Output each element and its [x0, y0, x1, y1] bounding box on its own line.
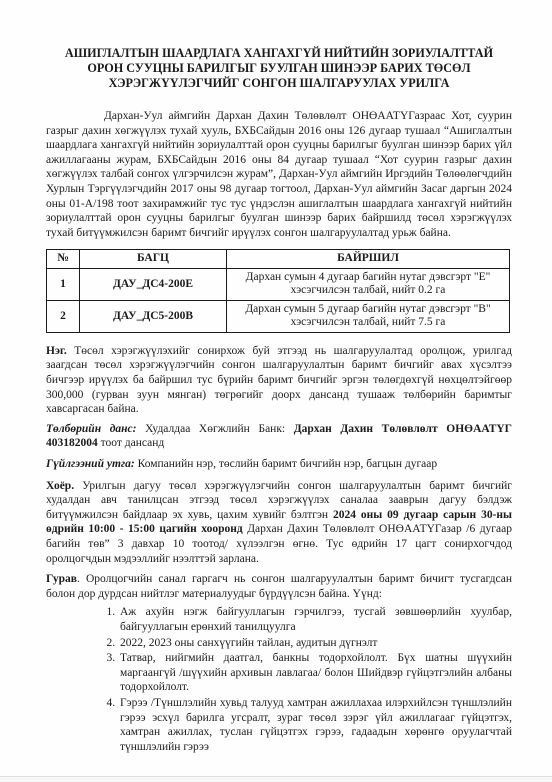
section-one-text: Төсөл хэрэгжүүлэхийг сонирхож буй этгээд…: [46, 345, 512, 415]
intro-paragraph: Дархан-Уул аймгийн Дархан Дахин Төлөвлөл…: [46, 109, 512, 240]
row-2-package: ДАУ_ДС5-200В: [80, 300, 227, 332]
table-header-row: № БАГЦ БАЙРШИЛ: [47, 250, 510, 269]
page-bottom-edge: [0, 776, 552, 782]
payment-label: Төлбөрийн данс:: [46, 423, 137, 435]
section-two-paragraph: Хоёр. Урилгын дагуу төсөл хэрэгжүүлэгчий…: [46, 479, 512, 567]
title-line-2: ОРОН СУУЦНЫ БАРИЛГЫГ БУУЛГАН ШИНЭЭР БАРИ…: [56, 61, 502, 76]
payment-bank: Худалдаа Хөгжлийн Банк:: [145, 423, 285, 435]
row-1-location: Дархан сумын 4 дугаар багийн нутаг дэвсг…: [227, 268, 510, 300]
payment-suffix: тоот дансанд: [101, 437, 165, 449]
row-1-num: 1: [47, 268, 80, 300]
row-2-location: Дархан сумын 5 дугаар багийн нутаг дэвсг…: [227, 300, 510, 332]
payment-account-line: Төлбөрийн данс: Худалдаа Хөгжлийн Банк: …: [46, 422, 512, 451]
requirement-item: Татвар, нийгмийн даатгал, банкны тодорхо…: [118, 651, 512, 695]
title-line-3: ХЭРЭГЖҮҮЛЭГЧИЙГ СОНГОН ШАЛГАРУУЛАХ УРИЛГ…: [56, 76, 502, 91]
section-one-paragraph: Нэг. Төсөл хэрэгжүүлэхийг сонирхож буй э…: [46, 344, 512, 417]
requirement-item: Аж ахуйн нэгж байгууллагын гэрчилгээ, ту…: [118, 605, 512, 634]
table-row: 1 ДАУ_ДС4-200Е Дархан сумын 4 дугаар баг…: [47, 268, 510, 300]
header-cell-package: БАГЦ: [80, 250, 227, 269]
document-page: АШИГЛАЛТЫН ШААРДЛАГА ХАНГАХГҮЙ НИЙТИЙН З…: [0, 0, 552, 782]
row-2-num: 2: [47, 300, 80, 332]
section-three-text: . Оролцогчийн санал гаргагч нь сонгон ша…: [46, 573, 512, 600]
section-one-label: Нэг.: [46, 345, 67, 357]
section-three-label: Гурав: [46, 573, 77, 585]
section-two-label: Хоёр.: [46, 480, 74, 492]
requirement-item: Гэрээ /Түншлэлийн хувьд талууд хамтран а…: [118, 696, 512, 754]
row-1-package: ДАУ_ДС4-200Е: [80, 268, 227, 300]
header-cell-num: №: [47, 250, 80, 269]
requirement-item: 2022, 2023 оны санхүүгийн тайлан, аудиты…: [118, 636, 512, 651]
section-three-paragraph: Гурав. Оролцогчийн санал гаргагч нь сонг…: [46, 572, 512, 601]
transaction-label: Гүйлгээний утга:: [46, 458, 135, 470]
title-line-1: АШИГЛАЛТЫН ШААРДЛАГА ХАНГАХГҮЙ НИЙТИЙН З…: [56, 46, 502, 61]
page-title: АШИГЛАЛТЫН ШААРДЛАГА ХАНГАХГҮЙ НИЙТИЙН З…: [56, 46, 502, 91]
transaction-text: Компанийн нэр, төслийн баримт бичгийн нэ…: [138, 458, 438, 470]
requirements-list: Аж ахуйн нэгж байгууллагын гэрчилгээ, ту…: [46, 605, 512, 754]
transaction-line: Гүйлгээний утга: Компанийн нэр, төслийн …: [46, 457, 512, 472]
packages-table: № БАГЦ БАЙРШИЛ 1 ДАУ_ДС4-200Е Дархан сум…: [46, 249, 510, 333]
header-cell-location: БАЙРШИЛ: [227, 250, 510, 269]
table-row: 2 ДАУ_ДС5-200В Дархан сумын 5 дугаар баг…: [47, 300, 510, 332]
